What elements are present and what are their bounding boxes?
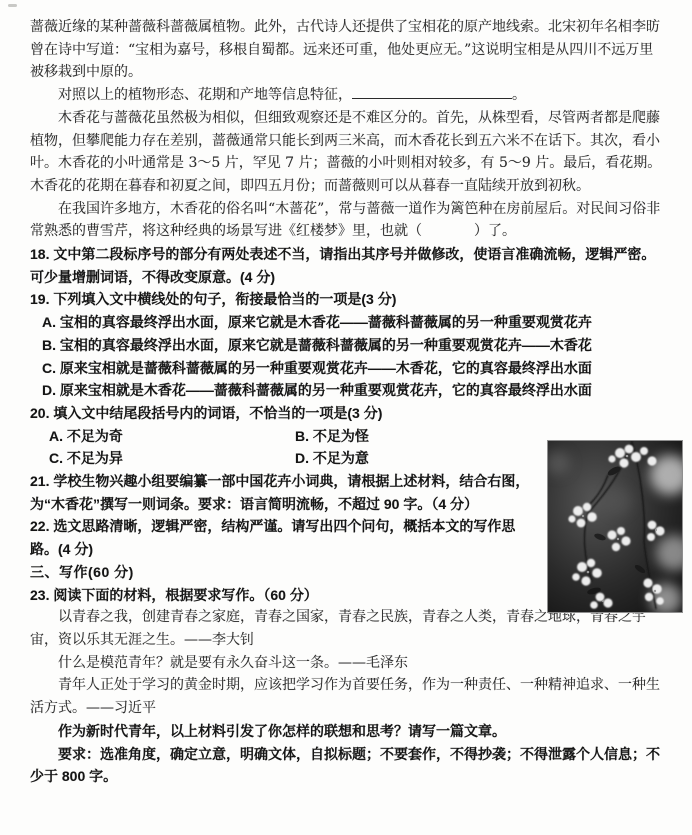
q19-option-b: B. 宝相的真容最终浮出水面，原来它就是蔷薇科蔷薇属的另一种重要观赏花卉——木香… [42,334,666,357]
q20-option-a: A. 不足为奇 [49,425,295,448]
q19-option-a: A. 宝相的真容最终浮出水面，原来它就是木香花——蔷薇科蔷薇属的另一种重要观赏花… [42,311,666,334]
passage-para-4: 在我国许多地方，木香花的俗名叫“木蔷花”，常与蔷薇一道作为篱笆种在房前屋后。对民… [30,198,666,243]
passage-para-1: 蔷薇近缘的某种蔷薇科蔷薇属植物。此外，古代诗人还提供了宝相花的原产地线索。北宋初… [30,16,666,84]
q19-option-d: D. 原来宝相就是木香花——蔷薇科蔷薇属的另一种重要观赏花卉，它的真容最终浮出水… [42,379,666,402]
quote-mao-zedong-attribution: ——毛泽东 [338,655,408,671]
flower-photo [547,440,683,613]
quote-xi-jinping: 青年人正处于学习的黄金时期，应该把学习作为首要任务，作为一种责任、一种精神追求、… [30,674,666,719]
passage-para-2-text: 对照以上的植物形态、花期和产地等信息特征， [58,87,352,103]
question-19-stem: 19. 下列填入文中横线处的句子，衔接最恰当的一项是(3 分) [30,288,666,311]
quote-li-dazhao-text: 以青春之我，创建青春之家庭，青春之国家，青春之民族，青春之人类，青春之地球，青春… [30,609,646,648]
quote-mao-zedong-text: 什么是模范青年？就是要有永久奋斗这一条。 [58,655,338,671]
question-19-options: A. 宝相的真容最终浮出水面，原来它就是木香花——蔷薇科蔷薇属的另一种重要观赏花… [30,311,666,402]
passage-para-4-end: ）了。 [474,223,516,239]
question-22: 22. 选文思路清晰，逻辑严密，结构严谨。请写出四个问句，概括本文的写作思路。(… [30,515,540,560]
quote-li-dazhao: 以青春之我，创建青春之家庭，青春之国家，青春之民族，青春之人类，青春之地球，青春… [30,606,666,651]
quote-mao-zedong: 什么是模范青年？就是要有永久奋斗这一条。——毛泽东 [30,652,666,675]
q19-option-c: C. 原来宝相就是蔷薇科蔷薇属的另一种重要观赏花卉——木香花，它的真容最终浮出水… [42,357,666,380]
exam-page: 蔷薇近缘的某种蔷薇科蔷薇属植物。此外，古代诗人还提供了宝相花的原产地线索。北宋初… [0,0,692,835]
q20-option-c: C. 不足为异 [49,447,295,470]
scan-artifact [8,4,17,7]
question-18: 18. 文中第二段标序号的部分有两处表述不当，请指出其序号并做修改，使语言准确流… [30,243,666,288]
passage-para-3: 木香花与蔷薇花虽然极为相似，但细致观察还是不难区分的。首先，从株型看，尽管两者都… [30,107,666,198]
question-20-options: A. 不足为奇 B. 不足为怪 C. 不足为异 D. 不足为意 [30,425,540,470]
quote-li-dazhao-attribution: ——李大钊 [184,632,254,648]
q20-option-b: B. 不足为怪 [295,425,540,448]
fill-in-blank-line [352,84,512,99]
passage-para-4-text: 在我国许多地方，木香花的俗名叫“木蔷花”，常与蔷薇一道作为篱笆种在房前屋后。对民… [30,201,660,240]
passage-para-2: 对照以上的植物形态、花期和产地等信息特征，。 [30,84,666,107]
question-20-stem: 20. 填入文中结尾段括号内的词语，不恰当的一项是(3 分) [30,402,540,425]
question-21: 21. 学校生物兴趣小组要编纂一部中国花卉小词典，请根据上述材料，结合右图，为“… [30,470,540,515]
passage-para-2-period: 。 [512,87,526,103]
quote-xi-jinping-attribution: ——习近平 [86,700,156,716]
flower-photo-image [548,441,682,612]
essay-prompt: 作为新时代青年，以上材料引发了你怎样的联想和思考？请写一篇文章。 [30,720,666,743]
q20-option-d: D. 不足为意 [295,447,540,470]
essay-requirements: 要求：选准角度，确定立意，明确文体，自拟标题；不要套作，不得抄袭；不得泄露个人信… [30,743,666,788]
